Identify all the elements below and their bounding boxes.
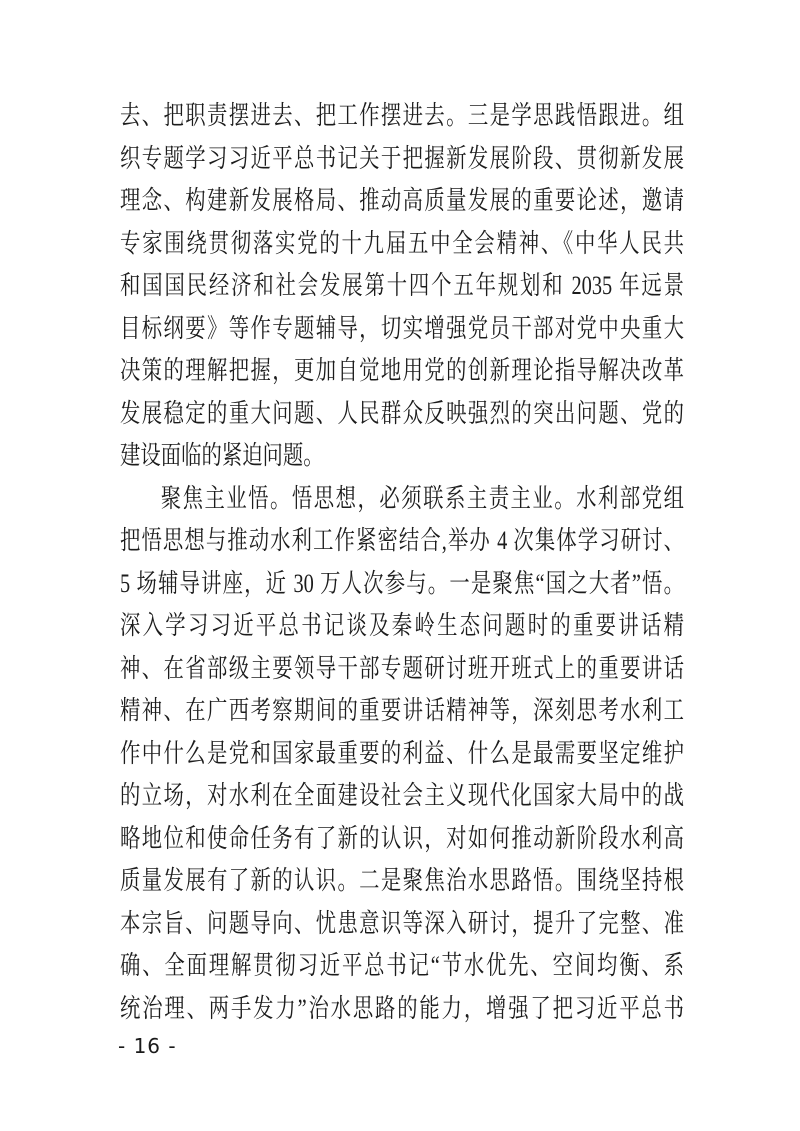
text-line: 质量发展有了新的认识。二是聚焦治水思路悟。围绕坚持根: [120, 860, 684, 903]
text-line: 5 场辅导讲座，近 30 万人次参与。一是聚焦“国之大者”悟。: [120, 563, 684, 606]
text-line: 专家围绕贯彻落实党的十九届五中全会精神、《中华人民共: [120, 223, 684, 266]
text-line: 目标纲要》等作专题辅导，切实增强党员干部对党中央重大: [120, 308, 684, 351]
text-line: 去、把职责摆进去、把工作摆进去。三是学思践悟跟进。组: [120, 95, 684, 138]
text-line: 发展稳定的重大问题、人民群众反映强烈的突出问题、党的: [120, 393, 684, 436]
text-block: 去、把职责摆进去、把工作摆进去。三是学思践悟跟进。组 织专题学习习近平总书记关于…: [120, 95, 800, 1030]
text-line: 作中什么是党和国家最重要的利益、什么是最需要坚定维护: [120, 733, 684, 776]
paragraph-2: 聚焦主业悟。悟思想，必须联系主责主业。水利部党组 把悟思想与推动水利工作紧密结合…: [120, 478, 800, 1031]
paragraph-1: 去、把职责摆进去、把工作摆进去。三是学思践悟跟进。组 织专题学习习近平总书记关于…: [120, 95, 800, 478]
text-line: 深入学习习近平总书记谈及秦岭生态问题时的重要讲话精: [120, 605, 684, 648]
text-line: 决策的理解把握，更加自觉地用党的创新理论指导解决改革: [120, 350, 684, 393]
text-line: 略地位和使命任务有了新的认识，对如何推动新阶段水利高: [120, 818, 684, 861]
text-line: 理念、构建新发展格局、推动高质量发展的重要论述，邀请: [120, 180, 684, 223]
text-line: 神、在省部级主要领导干部专题研讨班开班式上的重要讲话: [120, 648, 684, 691]
text-line: 的立场，对水利在全面建设社会主义现代化国家大局中的战: [120, 775, 684, 818]
text-line: 精神、在广西考察期间的重要讲话精神等，深刻思考水利工: [120, 690, 684, 733]
text-line: 聚焦主业悟。悟思想，必须联系主责主业。水利部党组: [120, 478, 684, 521]
text-line: 确、全面理解贯彻习近平总书记“节水优先、空间均衡、系: [120, 945, 684, 988]
page-number: - 16 -: [118, 1034, 177, 1058]
document-page: 去、把职责摆进去、把工作摆进去。三是学思践悟跟进。组 织专题学习习近平总书记关于…: [0, 0, 800, 1131]
text-line: 把悟思想与推动水利工作紧密结合,举办 4 次集体学习研讨、: [120, 520, 684, 563]
text-line: 建设面临的紧迫问题。: [120, 435, 684, 478]
text-line: 和国国民经济和社会发展第十四个五年规划和 2035 年远景: [120, 265, 684, 308]
text-line: 统治理、两手发力”治水思路的能力，增强了把习近平总书: [120, 988, 684, 1031]
text-line: 织专题学习习近平总书记关于把握新发展阶段、贯彻新发展: [120, 138, 684, 181]
text-line: 本宗旨、问题导向、忧患意识等深入研讨，提升了完整、准: [120, 903, 684, 946]
